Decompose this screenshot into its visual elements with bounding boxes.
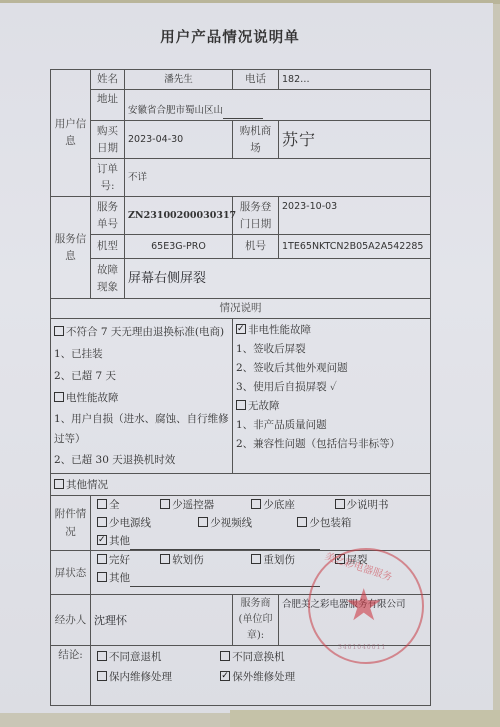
- visit-date-value: 2023-10-03: [279, 197, 431, 235]
- acc-no-manual[interactable]: 少说明书: [335, 496, 389, 514]
- address-redacted: [223, 106, 263, 119]
- checkbox-icon[interactable]: [97, 651, 107, 661]
- service-info-section-label: 服务信息: [51, 197, 91, 299]
- form-title: 用户产品情况说明单: [0, 26, 460, 47]
- name-label: 姓名: [91, 70, 125, 90]
- service-no-label: 服务单号: [91, 197, 125, 235]
- serial-value: 1TE65NKTCN2B05A2A542285: [279, 235, 431, 259]
- phone-label: 电话: [233, 70, 279, 90]
- screen-other-line: [130, 574, 320, 587]
- conclusion-no-return[interactable]: 不同意退机: [97, 648, 217, 666]
- acc-other-line: [130, 537, 320, 550]
- item-not-quality-issue: 1、非产品质量问题: [236, 416, 427, 435]
- item-self-damage-crack: 3、使用后自损屏裂 ✓: [236, 378, 427, 397]
- situation-left-column: 不符合 7 天无理由退换标准(电商) 1、已挂装 2、已超 7 天 电性能故障 …: [51, 319, 233, 474]
- checkbox-icon[interactable]: [97, 671, 107, 681]
- handler-label: 经办人: [51, 595, 91, 646]
- checkbox-icon[interactable]: [251, 554, 261, 564]
- acc-no-power-cord[interactable]: 少电源线: [97, 514, 195, 532]
- address-value: 安徽省合肥市蜀山区山: [128, 105, 223, 116]
- item-user-damage: 1、用户自损（进水、腐蚀、自行维修过等）: [54, 409, 229, 449]
- model-value: 65E3G-PRO: [125, 235, 233, 259]
- purchase-date-value: 2023-04-30: [125, 121, 233, 159]
- checkbox-icon[interactable]: [198, 517, 208, 527]
- checkbox-icon[interactable]: [236, 400, 246, 410]
- item-compatibility: 2、兼容性问题（包括信号非标等）: [236, 435, 427, 454]
- checkbox-icon[interactable]: [220, 651, 230, 661]
- item-installed: 1、已挂装: [54, 343, 229, 365]
- provider-label: 服务商(单位印章):: [233, 595, 279, 646]
- option-other-situation[interactable]: 其他情况: [51, 474, 431, 496]
- acc-full[interactable]: 全: [97, 496, 157, 514]
- item-other-appearance: 2、签收后其他外观问题: [236, 359, 427, 378]
- user-info-section-label: 用户信息: [51, 70, 91, 197]
- phone-value: 182…: [279, 70, 431, 90]
- checkbox-checked-icon[interactable]: [335, 554, 345, 564]
- conclusion-label: 结论:: [51, 646, 91, 706]
- item-over-30-days: 2、已超 30 天退换机时效: [54, 449, 229, 471]
- checkbox-checked-icon[interactable]: [220, 671, 230, 681]
- checkbox-icon[interactable]: [97, 554, 107, 564]
- conclusion-options: 不同意退机 不同意换机 保内维修处理 保外维修处理: [91, 646, 431, 706]
- screen-intact[interactable]: 完好: [97, 551, 157, 569]
- checkbox-icon[interactable]: [251, 499, 261, 509]
- fault-value: 屏幕右侧屏裂: [125, 259, 431, 299]
- option-no-fault[interactable]: 无故障: [236, 397, 427, 416]
- checkbox-icon[interactable]: [97, 517, 107, 527]
- acc-other[interactable]: 其他: [97, 532, 130, 550]
- checkbox-checked-icon[interactable]: [236, 324, 246, 334]
- situation-right-column: 非电性能故障 1、签收后屏裂 2、签收后其他外观问题 3、使用后自损屏裂 ✓ 无…: [233, 319, 431, 474]
- acc-no-box[interactable]: 少包装箱: [297, 514, 351, 532]
- checkbox-icon[interactable]: [54, 392, 64, 402]
- item-cracked-after-receipt: 1、签收后屏裂: [236, 340, 427, 359]
- option-not-7day-return[interactable]: 不符合 7 天无理由退换标准(电商): [54, 321, 229, 343]
- checkbox-icon[interactable]: [54, 479, 64, 489]
- screen-cracked[interactable]: 屏裂: [335, 551, 368, 569]
- acc-no-video-cable[interactable]: 少视频线: [198, 514, 294, 532]
- conclusion-out-warranty-repair[interactable]: 保外维修处理: [220, 668, 295, 686]
- order-value: 不详: [125, 159, 431, 197]
- store-value: 苏宁: [279, 121, 431, 159]
- checkbox-icon[interactable]: [97, 572, 107, 582]
- item-over-7-days: 2、已超 7 天: [54, 365, 229, 387]
- checkbox-icon[interactable]: [97, 499, 107, 509]
- option-electrical-fault[interactable]: 电性能故障: [54, 387, 229, 409]
- visit-date-label: 服务登门日期: [233, 197, 279, 235]
- acc-no-stand[interactable]: 少底座: [251, 496, 331, 514]
- order-label: 订单号:: [91, 159, 125, 197]
- purchase-date-label: 购买日期: [91, 121, 125, 159]
- option-non-electrical-fault[interactable]: 非电性能故障: [236, 321, 427, 340]
- checkbox-checked-icon[interactable]: [97, 535, 107, 545]
- name-value: 潘先生: [125, 70, 233, 90]
- photo-background-bottom: [230, 710, 500, 727]
- accessories-options: 全 少遥控器 少底座 少说明书 少电源线 少视频线 少包装箱 其他: [91, 496, 431, 551]
- product-status-form: 用户信息 姓名 潘先生 电话 182… 地址 安徽省合肥市蜀山区山 购买日期 2…: [50, 69, 431, 706]
- store-label: 购机商场: [233, 121, 279, 159]
- screen-heavy-scratch[interactable]: 重划伤: [251, 551, 331, 569]
- checkbox-icon[interactable]: [160, 499, 170, 509]
- checkbox-icon[interactable]: [297, 517, 307, 527]
- fault-label: 故障现象: [91, 259, 125, 299]
- screen-other[interactable]: 其他: [97, 569, 130, 587]
- checkbox-icon[interactable]: [160, 554, 170, 564]
- checkbox-icon[interactable]: [54, 326, 64, 336]
- handler-name: 沈理怀: [91, 595, 233, 646]
- screen-status-options: 完好 软划伤 重划伤 屏裂 其他: [91, 551, 431, 595]
- address-label: 地址: [91, 90, 125, 121]
- service-no-value: ZN23100200030317: [125, 197, 233, 235]
- conclusion-no-exchange[interactable]: 不同意换机: [220, 648, 285, 666]
- provider-name: 合肥美之彩电器服务有限公司: [279, 595, 431, 646]
- situation-header: 情况说明: [51, 299, 431, 319]
- screen-status-label: 屏状态: [51, 551, 91, 595]
- serial-label: 机号: [233, 235, 279, 259]
- conclusion-in-warranty-repair[interactable]: 保内维修处理: [97, 668, 217, 686]
- acc-no-remote[interactable]: 少遥控器: [160, 496, 248, 514]
- accessories-label: 附件情况: [51, 496, 91, 551]
- screen-light-scratch[interactable]: 软划伤: [160, 551, 248, 569]
- checkbox-icon[interactable]: [335, 499, 345, 509]
- model-label: 机型: [91, 235, 125, 259]
